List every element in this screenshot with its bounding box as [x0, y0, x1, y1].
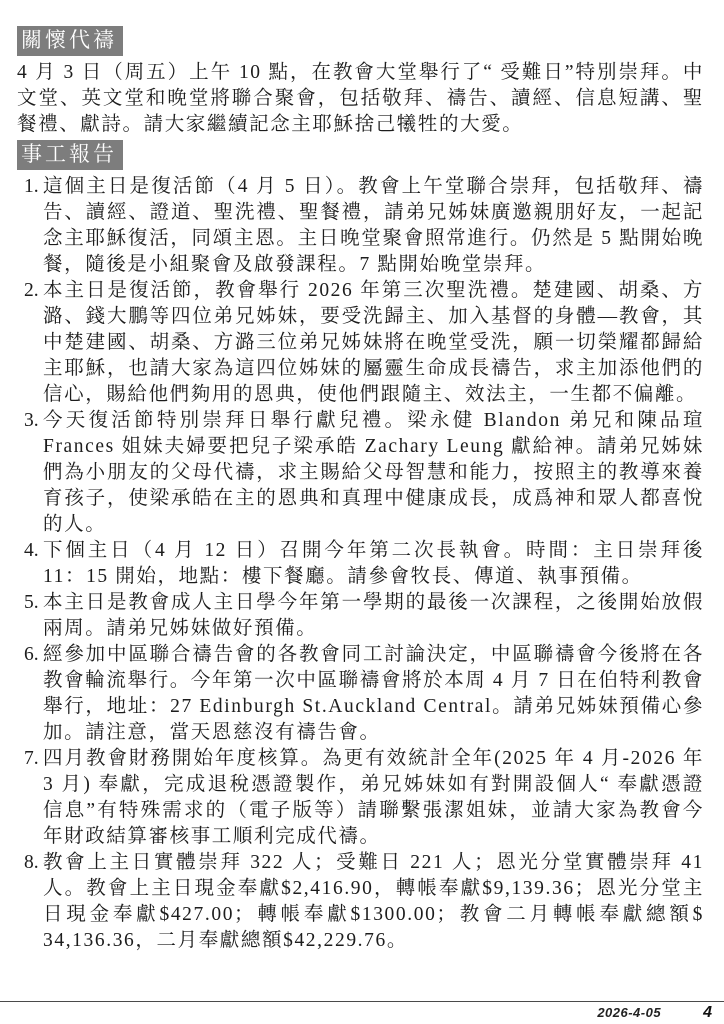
section-header-prayer-concerns: 關懷代禱 [17, 26, 123, 56]
list-item-text: 經參加中區聯合禱告會的各教會同工討論決定，中區聯禱會今後將在各教會輪流舉行。今年… [43, 642, 704, 746]
list-item-text: 這個主日是復活節（4 月 5 日）。教會上午堂聯合崇拜，包括敬拜、禱告、讀經、證… [43, 174, 704, 278]
list-item-number: 8. [17, 850, 43, 954]
list-item: 2. 本主日是復活節，教會舉行 2026 年第三次聖洗禮。楚建國、胡桑、方潞、錢… [17, 278, 704, 408]
page-number: 4 [703, 1004, 712, 1022]
list-item-text: 本主日是復活節，教會舉行 2026 年第三次聖洗禮。楚建國、胡桑、方潞、錢大鵬等… [43, 278, 704, 408]
footer-date: 2026-4-05 [597, 1005, 661, 1020]
list-item: 7. 四月教會財務開始年度核算。為更有效統計全年(2025 年 4 月-2026… [17, 746, 704, 850]
list-item-text: 下個主日（4 月 12 日）召開今年第二次長執會。時間：主日崇拜後 11：15 … [43, 538, 704, 590]
list-item-number: 6. [17, 642, 43, 746]
list-item-number: 3. [17, 408, 43, 538]
page-footer: 2026-4-05 4 [0, 1001, 724, 1022]
list-item-number: 7. [17, 746, 43, 850]
list-item: 3. 今天復活節特別崇拜日舉行獻兒禮。梁永健 Blandon 弟兄和陳品瑄 Fr… [17, 408, 704, 538]
section-ministry-report: 事工報告 1. 這個主日是復活節（4 月 5 日）。教會上午堂聯合崇拜，包括敬拜… [17, 140, 704, 954]
list-item-number: 1. [17, 174, 43, 278]
list-item: 6. 經參加中區聯合禱告會的各教會同工討論決定，中區聯禱會今後將在各教會輪流舉行… [17, 642, 704, 746]
section-prayer-concerns: 關懷代禱 4 月 3 日（周五）上午 10 點，在教會大堂舉行了“ 受難日”特別… [17, 26, 704, 138]
list-item-text: 本主日是教會成人主日學今年第一學期的最後一次課程，之後開始放假兩周。請弟兄姊妹做… [43, 590, 704, 642]
list-item: 5. 本主日是教會成人主日學今年第一學期的最後一次課程，之後開始放假兩周。請弟兄… [17, 590, 704, 642]
bulletin-page: 關懷代禱 4 月 3 日（周五）上午 10 點，在教會大堂舉行了“ 受難日”特別… [0, 0, 724, 1024]
list-item-text: 四月教會財務開始年度核算。為更有效統計全年(2025 年 4 月-2026 年 … [43, 746, 704, 850]
ministry-report-list: 1. 這個主日是復活節（4 月 5 日）。教會上午堂聯合崇拜，包括敬拜、禱告、讀… [17, 174, 704, 954]
section-header-ministry-report: 事工報告 [17, 140, 123, 170]
list-item-number: 2. [17, 278, 43, 408]
list-item-text: 今天復活節特別崇拜日舉行獻兒禮。梁永健 Blandon 弟兄和陳品瑄 Franc… [43, 408, 704, 538]
prayer-concerns-paragraph: 4 月 3 日（周五）上午 10 點，在教會大堂舉行了“ 受難日”特別崇拜。中文… [17, 60, 704, 138]
list-item-number: 5. [17, 590, 43, 642]
list-item-number: 4. [17, 538, 43, 590]
list-item: 8. 教會上主日實體崇拜 322 人；受難日 221 人；恩光分堂實體崇拜 41… [17, 850, 704, 954]
list-item: 4. 下個主日（4 月 12 日）召開今年第二次長執會。時間：主日崇拜後 11：… [17, 538, 704, 590]
footer-row: 2026-4-05 4 [0, 1002, 724, 1022]
list-item: 1. 這個主日是復活節（4 月 5 日）。教會上午堂聯合崇拜，包括敬拜、禱告、讀… [17, 174, 704, 278]
list-item-text: 教會上主日實體崇拜 322 人；受難日 221 人；恩光分堂實體崇拜 41 人。… [43, 850, 704, 954]
